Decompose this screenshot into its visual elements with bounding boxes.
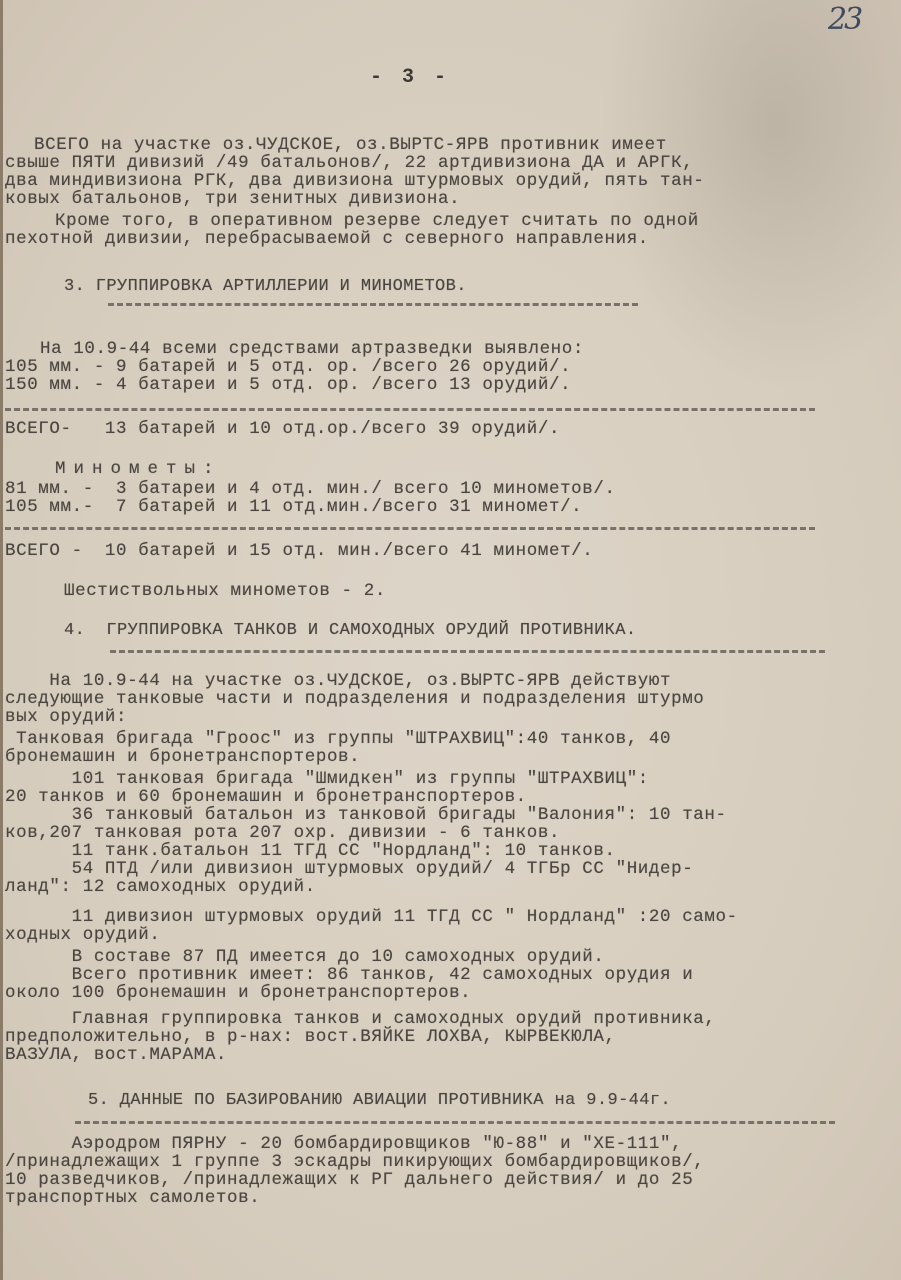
section3-heading-underline <box>108 303 638 306</box>
summary-line-2: свыше ПЯТИ дивизий /49 батальонов/, 22 а… <box>5 154 693 172</box>
document-page: 23 - 3 - ВСЕГО на участке оз.ЧУДСКОЕ, оз… <box>0 0 901 1280</box>
tanks-line-16: Всего противник имеет: 86 танков, 42 сам… <box>5 966 693 984</box>
artillery-intro: На 10.9-44 всеми средствами артразведки … <box>40 340 584 358</box>
tanks-line-6: 101 танковая бригада "Шмидкен" из группы… <box>5 770 649 788</box>
section3-heading: 3. ГРУППИРОВКА АРТИЛЛЕРИИ И МИНОМЕТОВ. <box>64 278 467 296</box>
summary-line-1: ВСЕГО на участке оз.ЧУДСКОЕ, оз.ВЫРТС-ЯР… <box>34 136 667 154</box>
page-number: - 3 - <box>370 66 450 89</box>
mortar-row-81mm: 81 мм. - 3 батареи и 4 отд. мин./ всего … <box>5 480 616 498</box>
artillery-total-divider <box>5 408 815 411</box>
artillery-row-150mm: 150 мм. - 4 батареи и 5 отд. ор. /всего … <box>5 376 571 394</box>
tanks-line-4: Танковая бригада "Гроос" из группы "ШТРА… <box>5 730 671 748</box>
tanks-line-14: ходных орудий. <box>5 926 160 944</box>
artillery-total: ВСЕГО- 13 батарей и 10 отд.ор./всего 39 … <box>5 420 560 438</box>
tanks-line-7: 20 танков и 60 бронемашин и бронетранспо… <box>5 788 527 806</box>
aviation-line-2: /принадлежащих 1 группе 3 эскадры пикиру… <box>5 1153 704 1171</box>
tanks-line-3: вых орудий: <box>5 708 127 726</box>
tanks-line-17: около 100 бронемашин и бронетранспортеро… <box>5 984 471 1002</box>
tanks-line-5: бронемашин и бронетранспортеров. <box>5 748 360 766</box>
tanks-line-9: ков,207 танковая рота 207 охр. дивизии -… <box>5 824 560 842</box>
tanks-line-8: 36 танковый батальон из танковой бригады… <box>5 806 727 824</box>
tanks-line-10: 11 танк.батальон 11 ТГД СС "Нордланд": 1… <box>5 842 616 860</box>
mortar-total-divider <box>5 527 815 530</box>
tanks-line-20: ВАЗУЛА, вост.МАРАМА. <box>5 1046 227 1064</box>
tanks-line-18: Главная группировка танков и самоходных … <box>5 1010 716 1028</box>
section5-heading-underline <box>75 1121 835 1124</box>
artillery-row-105mm: 105 мм. - 9 батарей и 5 отд. ор. /всего … <box>5 358 571 376</box>
mortars-label: Минометы: <box>55 460 222 478</box>
aviation-line-4: транспортных самолетов. <box>5 1189 260 1207</box>
folio-number: 23 <box>828 2 860 37</box>
mortar-total: ВСЕГО - 10 батарей и 15 отд. мин./всего … <box>5 542 593 560</box>
tanks-line-1: На 10.9-44 на участке оз.ЧУДСКОЕ, оз.ВЫР… <box>5 672 671 690</box>
tanks-line-19: предположительно, в р-нах: вост.ВЯЙКЕ ЛО… <box>5 1028 616 1046</box>
mortar-row-105mm: 105 мм.- 7 батарей и 11 отд.мин./всего 3… <box>5 498 582 516</box>
section4-heading: 4. ГРУППИРОВКА ТАНКОВ И САМОХОДНЫХ ОРУДИ… <box>64 622 637 640</box>
summary-line-3: два миндивизиона РГК, два дивизиона штур… <box>5 172 704 190</box>
tanks-line-11: 54 ПТД /или дивизион штурмовых орудий/ 4… <box>5 860 693 878</box>
aviation-line-1: Аэродром ПЯРНУ - 20 бомбардировщиков "Ю-… <box>5 1135 682 1153</box>
aviation-line-3: 10 разведчиков, /принадлежащих к РГ даль… <box>5 1171 693 1189</box>
reserve-line-2: пехотной дивизии, перебрасываемой с севе… <box>5 230 649 248</box>
tanks-line-12: ланд": 12 самоходных орудий. <box>5 878 316 896</box>
tanks-line-13: 11 дивизион штурмовых орудий 11 ТГД СС "… <box>5 908 738 926</box>
section4-heading-underline <box>110 650 825 653</box>
reserve-line-1: Кроме того, в оперативном резерве следуе… <box>55 212 699 230</box>
six-barrel-mortars: Шестиствольных минометов - 2. <box>64 582 386 600</box>
tanks-line-15: В составе 87 ПД имеется до 10 самоходных… <box>5 948 605 966</box>
section5-heading: 5. ДАННЫЕ ПО БАЗИРОВАНИЮ АВИАЦИИ ПРОТИВН… <box>88 1092 671 1110</box>
tanks-line-2: следующие танковые части и подразделения… <box>5 690 704 708</box>
summary-line-4: ковых батальонов, три зенитных дивизиона… <box>5 190 460 208</box>
